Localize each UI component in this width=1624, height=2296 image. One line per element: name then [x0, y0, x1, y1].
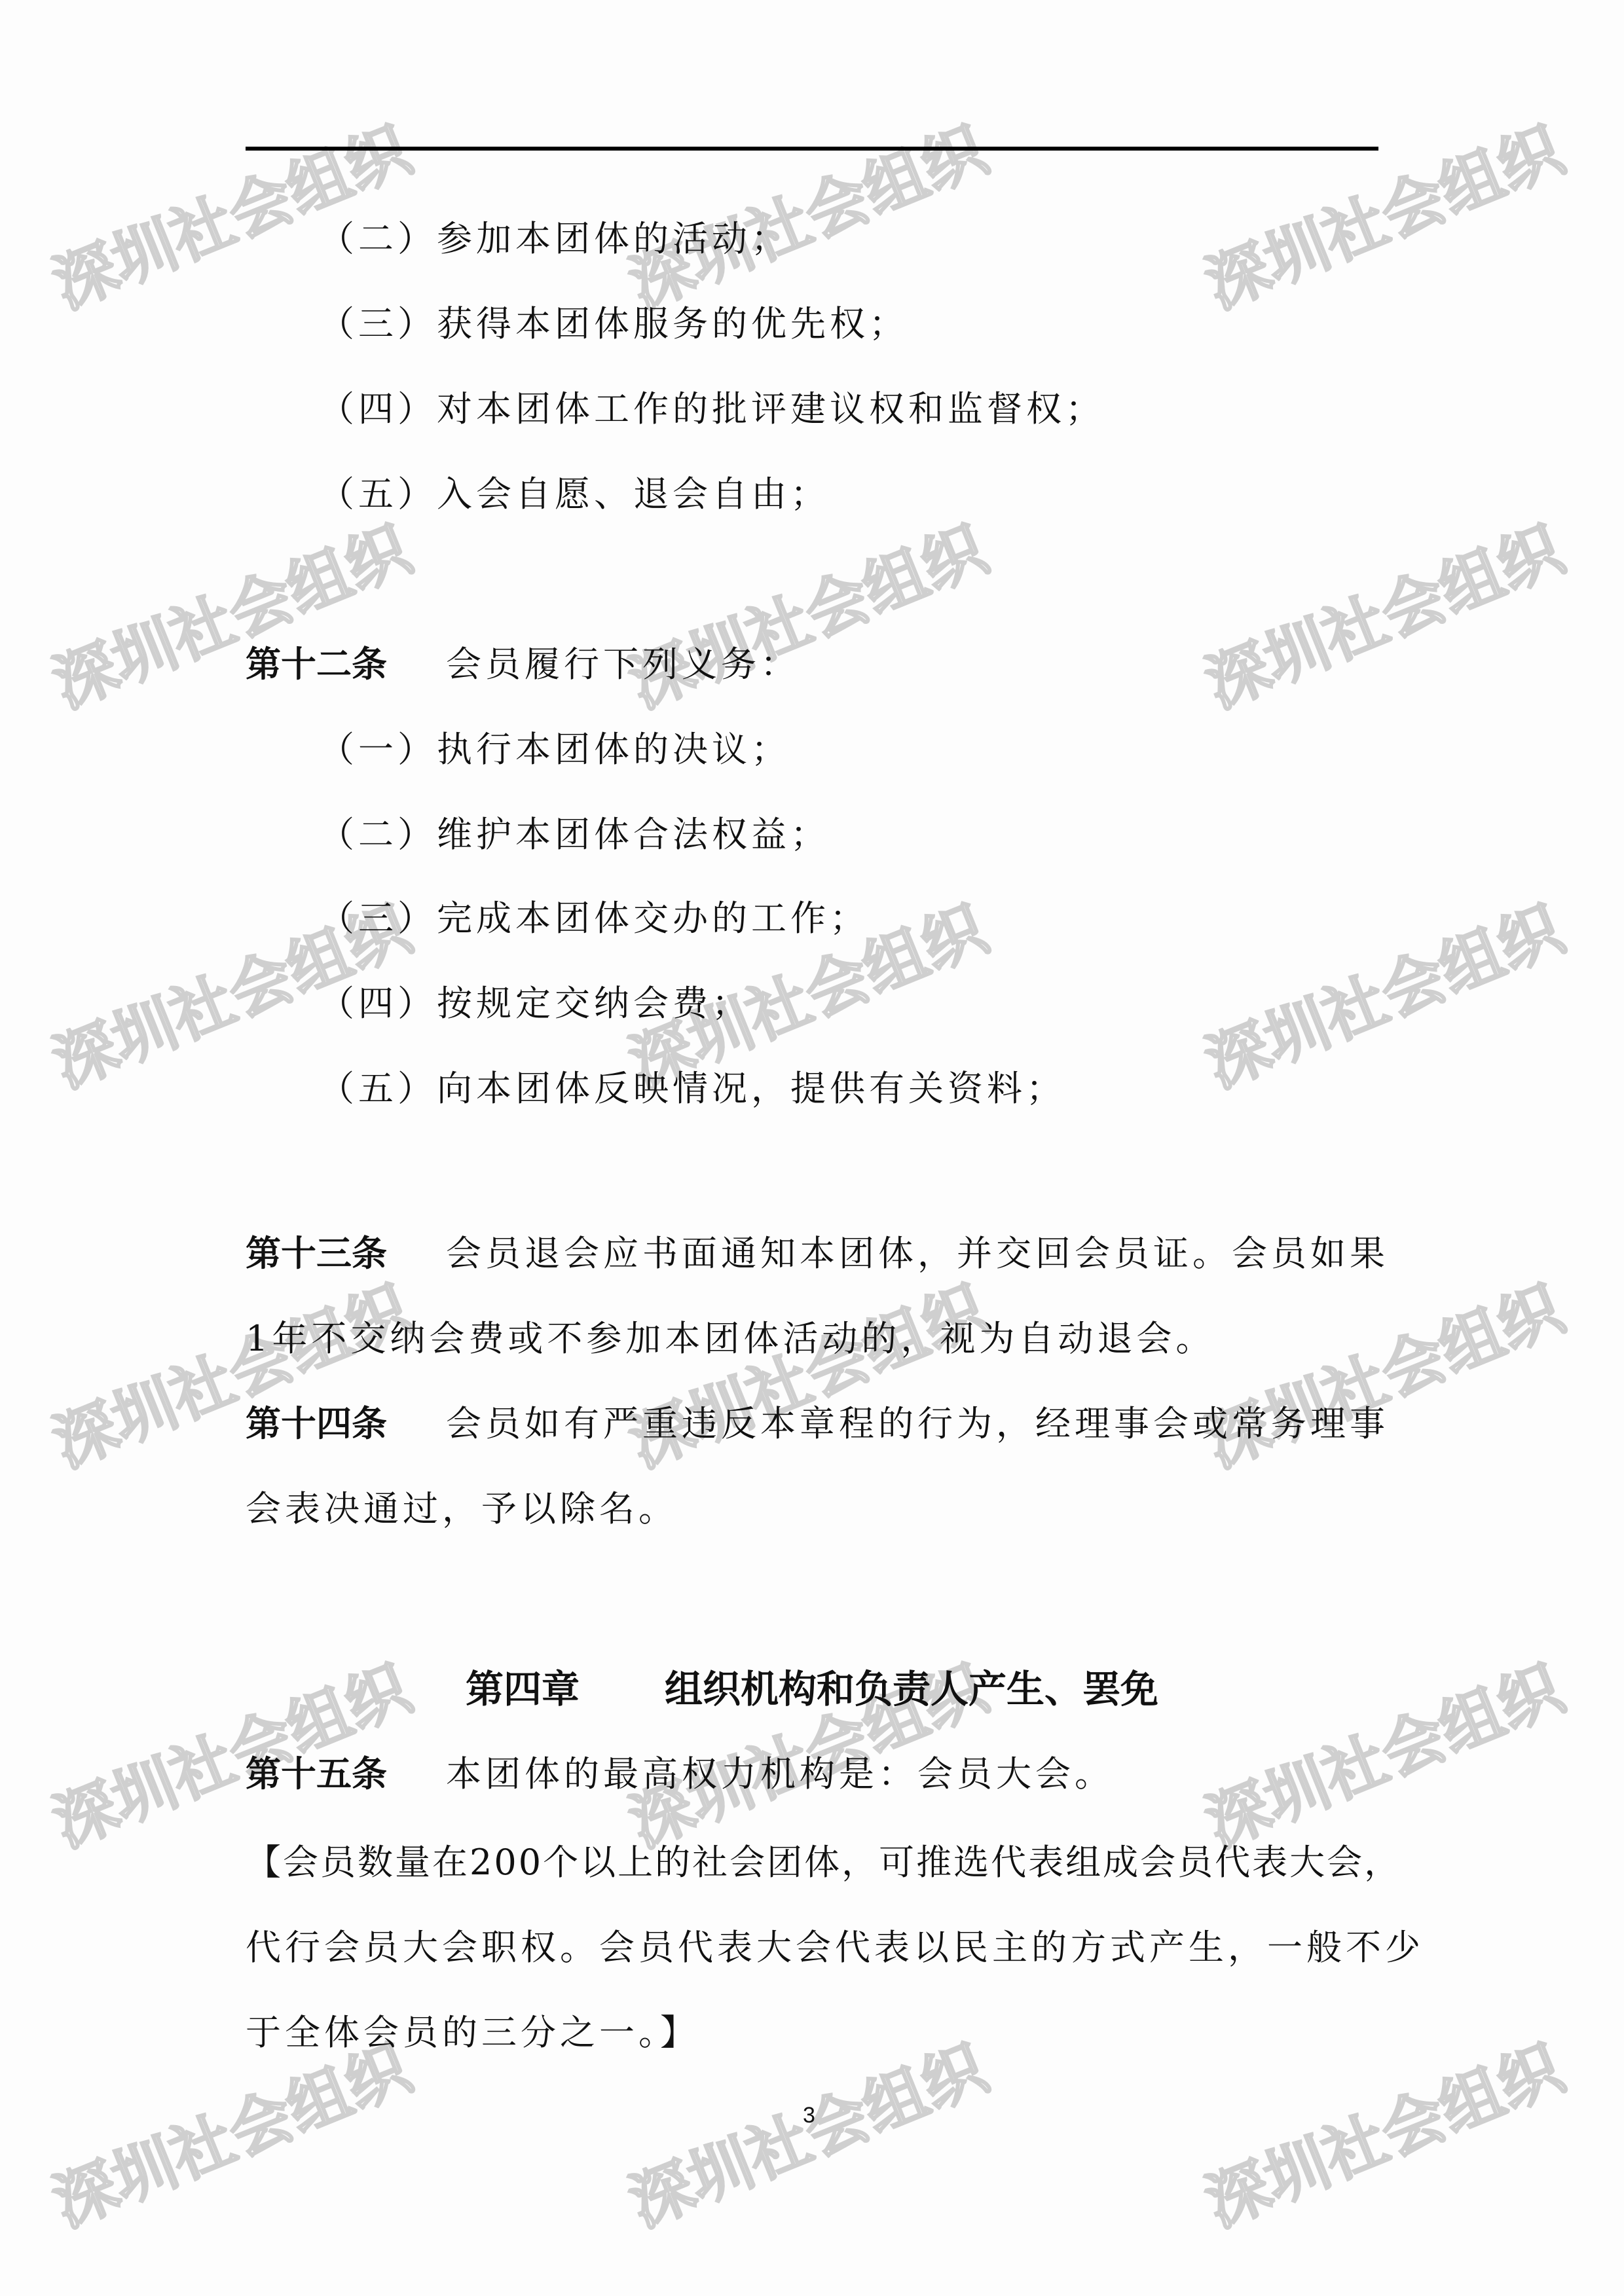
- duty-item-3: （三）完成本团体交办的工作；: [319, 898, 869, 939]
- chapter-heading: 第四章组织机构和负责人产生、罢免: [0, 1666, 1624, 1712]
- watermark-text: 深圳社会组织: [615, 101, 998, 325]
- article-text: 本团体的最高权力机构是：会员大会。: [446, 1753, 1114, 1795]
- article-label: 第十三条: [246, 1233, 387, 1274]
- note-line-1: 【会员数量在200个以上的社会团体，可推选代表组成会员代表大会，: [246, 1842, 1401, 1884]
- article-12: 第十二条会员履行下列义务：: [246, 644, 800, 685]
- watermark-text: 深圳社会组织: [1191, 2019, 1574, 2244]
- right-item-3: （三）获得本团体服务的优先权；: [319, 303, 908, 345]
- watermark-text: 深圳社会组织: [615, 500, 998, 725]
- duty-item-1: （一）执行本团体的决议；: [319, 729, 790, 771]
- article-14-line2: 会表决通过，予以除名。: [246, 1488, 678, 1530]
- watermark-text: 深圳社会组织: [1191, 1260, 1574, 1484]
- right-item-2: （二）参加本团体的活动；: [319, 218, 790, 260]
- note-line-3: 于全体会员的三分之一。】: [246, 2012, 699, 2054]
- article-13-line2: 1年不交纳会费或不参加本团体活动的，视为自动退会。: [246, 1318, 1215, 1360]
- article-14: 第十四条会员如有严重违反本章程的行为，经理事会或常务理事: [246, 1403, 1389, 1445]
- watermark-text: 深圳社会组织: [1191, 880, 1574, 1104]
- chapter-number: 第四章: [466, 1667, 580, 1711]
- article-text: 会员履行下列义务：: [446, 644, 800, 685]
- duty-item-2: （二）维护本团体合法权益；: [319, 814, 830, 856]
- watermark-text: 深圳社会组织: [1191, 101, 1574, 325]
- article-label: 第十四条: [246, 1403, 387, 1444]
- duty-item-5: （五）向本团体反映情况，提供有关资料；: [319, 1068, 1065, 1110]
- watermark-text: 深圳社会组织: [39, 1260, 422, 1484]
- article-label: 第十二条: [246, 644, 387, 685]
- watermark-text: 深圳社会组织: [39, 500, 422, 725]
- article-15: 第十五条本团体的最高权力机构是：会员大会。: [246, 1753, 1114, 1795]
- watermark-text: 深圳社会组织: [39, 101, 422, 325]
- article-text: 会员如有严重违反本章程的行为，经理事会或常务理事: [446, 1403, 1389, 1444]
- watermark-text: 深圳社会组织: [1191, 500, 1574, 725]
- article-label: 第十五条: [246, 1753, 387, 1795]
- chapter-title: 组织机构和负责人产生、罢免: [665, 1667, 1158, 1711]
- right-item-5: （五）入会自愿、退会自由；: [319, 473, 830, 515]
- header-rule: [246, 147, 1378, 151]
- article-text: 会员退会应书面通知本团体，并交回会员证。会员如果: [446, 1233, 1389, 1274]
- article-13: 第十三条会员退会应书面通知本团体，并交回会员证。会员如果: [246, 1233, 1389, 1275]
- note-line-2: 代行会员大会职权。会员代表大会代表以民主的方式产生，一般不少: [246, 1927, 1424, 1969]
- page-number: 3: [803, 2103, 815, 2128]
- duty-item-4: （四）按规定交纳会费；: [319, 983, 751, 1025]
- right-item-4: （四）对本团体工作的批评建议权和监督权；: [319, 388, 1105, 430]
- watermark-text: 深圳社会组织: [615, 1260, 998, 1484]
